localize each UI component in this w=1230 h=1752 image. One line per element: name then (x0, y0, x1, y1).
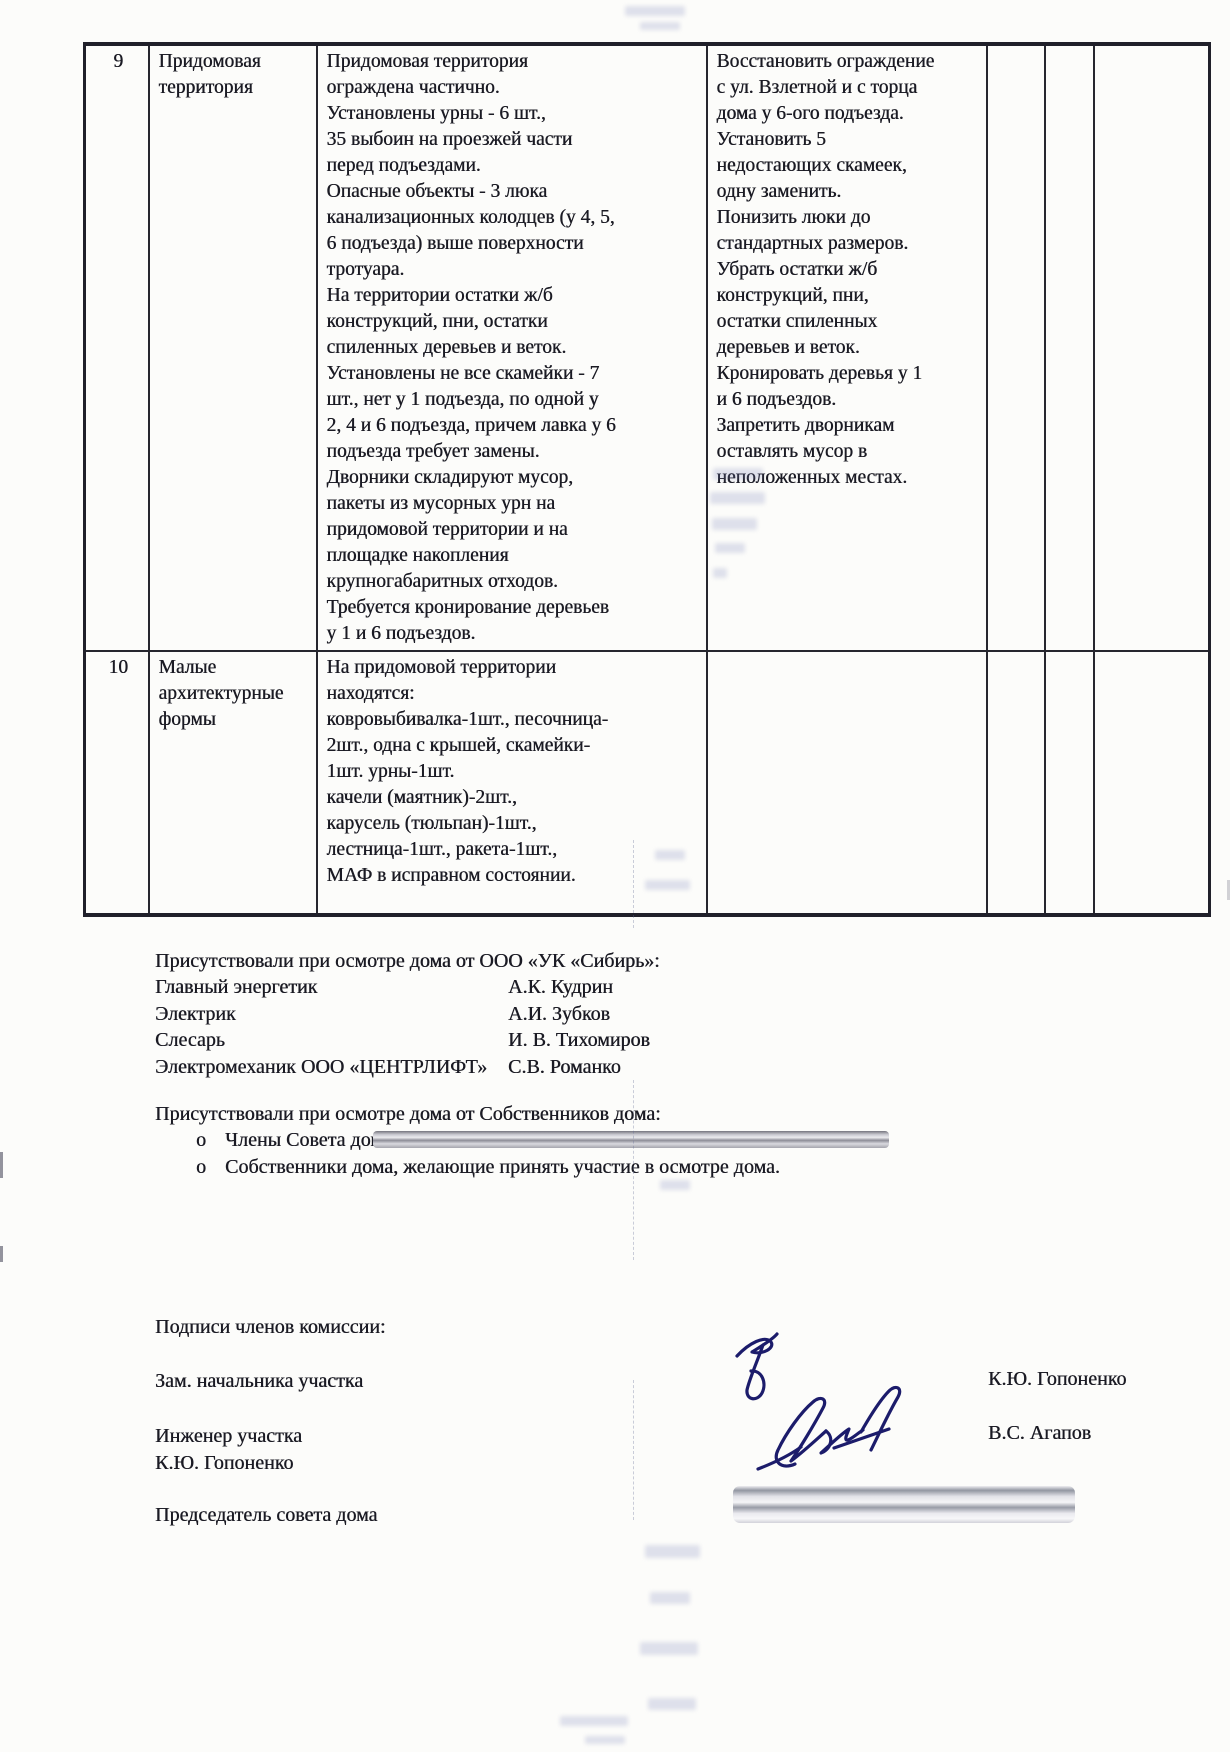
signature-stroke (737, 1334, 777, 1356)
attendee-name: С.В. Романко (508, 1056, 621, 1078)
signature-role: Инженер участка (155, 1423, 302, 1449)
scan-artifact (710, 492, 765, 504)
attendee-row: Главный энергетикА.К. Кудрин (155, 974, 660, 1000)
signature-stroke (861, 1387, 900, 1450)
scan-artifact (645, 1545, 700, 1558)
bullet-text: Члены Совета дома: (225, 1129, 397, 1151)
scan-artifact (712, 518, 757, 530)
recommendation-cell (707, 651, 987, 915)
attendee-name: А.И. Зубков (508, 1003, 610, 1025)
scan-artifact (560, 1716, 628, 1726)
category-cell: Малые архитектурные формы (149, 651, 317, 915)
redaction-bar (733, 1486, 1075, 1523)
attendee-role: Главный энергетик (155, 974, 508, 1000)
attendee-row: ЭлектрикА.И. Зубков (155, 1001, 660, 1027)
bullet-icon: o (196, 1127, 225, 1153)
crease-line (633, 1080, 634, 1260)
scan-artifact (713, 468, 763, 480)
signature-stroke (776, 1398, 826, 1466)
uk-attendees-heading: Присутствовали при осмотре дома от ООО «… (155, 948, 660, 974)
attendee-row: СлесарьИ. В. Тихомиров (155, 1027, 660, 1053)
bullet-item: oСобственники дома, желающие принять уча… (155, 1154, 780, 1180)
scan-artifact (660, 1180, 690, 1190)
commission-heading: Подписи членов комиссии: (155, 1314, 386, 1340)
signature-stroke (834, 1429, 889, 1448)
empty-cell (1094, 651, 1210, 915)
scan-artifact (648, 1698, 696, 1710)
signature-role: Зам. начальника участка (155, 1368, 363, 1394)
empty-cell (1045, 651, 1094, 915)
scanned-inspection-report-page: 9 Придомовая территория Придомовая терри… (0, 0, 1230, 1752)
inspection-table: 9 Придомовая территория Придомовая терри… (83, 42, 1211, 917)
scan-artifact (645, 880, 690, 890)
scan-artifact (655, 850, 685, 860)
uk-attendees-block: Присутствовали при осмотре дома от ООО «… (155, 948, 660, 1080)
category-cell: Придомовая территория (149, 44, 317, 651)
scan-edge-mark (0, 1152, 3, 1178)
findings-cell: На придомовой территории находятся: ковр… (317, 651, 707, 915)
owner-attendees-heading: Присутствовали при осмотре дома от Собст… (155, 1101, 780, 1127)
signature-role: Председатель совета дома (155, 1502, 377, 1528)
table-row: 9 Придомовая территория Придомовая терри… (85, 44, 1210, 651)
signature-name: В.С. Агапов (988, 1420, 1091, 1446)
attendee-name: А.К. Кудрин (508, 976, 613, 998)
empty-cell (987, 44, 1045, 651)
scan-artifact (715, 543, 745, 553)
attendee-role: Слесарь (155, 1027, 508, 1053)
bullet-text: Собственники дома, желающие принять учас… (225, 1156, 780, 1178)
row-number-cell: 10 (85, 651, 149, 915)
bullet-icon: o (196, 1154, 225, 1180)
attendee-name: И. В. Тихомиров (508, 1029, 650, 1051)
signature-stroke (758, 1447, 801, 1469)
scan-artifact (640, 1642, 698, 1655)
scan-artifact (625, 6, 685, 16)
scan-artifact (713, 568, 727, 578)
row-number-cell: 9 (85, 44, 149, 651)
scan-edge-mark (0, 1246, 3, 1262)
scan-artifact (640, 22, 680, 30)
empty-cell (1045, 44, 1094, 651)
crease-line (633, 840, 634, 928)
redaction-bar (373, 1131, 889, 1148)
scan-artifact (650, 1592, 690, 1604)
empty-cell (1094, 44, 1210, 651)
findings-cell: Придомовая территория ограждена частично… (317, 44, 707, 651)
signature-stroke (747, 1345, 764, 1399)
crease-line (633, 1380, 634, 1520)
attendee-row: Электромеханик ООО «ЦЕНТРЛИФТ»С.В. Роман… (155, 1054, 660, 1080)
attendee-role: Электрик (155, 1001, 508, 1027)
table-row: 10 Малые архитектурные формы На придомов… (85, 651, 1210, 915)
scan-artifact (585, 1736, 625, 1744)
empty-cell (987, 651, 1045, 915)
signature-name-left: К.Ю. Гопоненко (155, 1450, 293, 1476)
signature-name: К.Ю. Гопоненко (988, 1366, 1126, 1392)
signature-stroke (821, 1429, 863, 1453)
recommendation-cell: Восстановить ограждение с ул. Взлетной и… (707, 44, 987, 651)
attendee-role: Электромеханик ООО «ЦЕНТРЛИФТ» (155, 1054, 508, 1080)
